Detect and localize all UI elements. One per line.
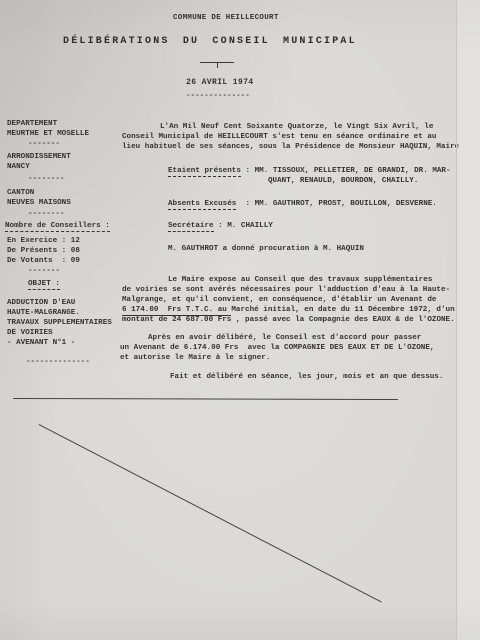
secretaire-line: Secrétaire : M. CHAILLY bbox=[168, 222, 273, 231]
arrondissement-label: ARRONDISSEMENT bbox=[7, 153, 71, 162]
conseillers-heading: Nombre de Conseillers : bbox=[5, 222, 110, 231]
page-edge-highlight bbox=[457, 0, 480, 640]
arrondissement-value: NANCY bbox=[7, 163, 30, 172]
departement-label: DEPARTEMENT bbox=[7, 120, 57, 129]
presents-names: : MM. TISSOUX, PELLETIER, DE GRANDI, DR.… bbox=[241, 167, 451, 175]
deliberation-line: 6 174.00 Frs T.T.C. au Marché initial, e… bbox=[122, 306, 455, 315]
absents-line: Absents Excusés : MM. GAUTHROT, PROST, B… bbox=[168, 200, 437, 209]
departement-value: MEURTHE ET MOSELLE bbox=[7, 130, 89, 139]
secretaire-name: : M. CHAILLY bbox=[214, 222, 273, 230]
deliberation-line: Le Maire expose au Conseil que des trava… bbox=[168, 276, 432, 285]
absents-names: : MM. GAUTHROT, PROST, BOUILLON, DESVERN… bbox=[236, 200, 437, 208]
deliberation-line: Malgrange, et qu'il convient, en conséqu… bbox=[122, 296, 436, 305]
document-photo: COMMUNE DE HEILLECOURT DÉLIBÉRATIONS DU … bbox=[0, 0, 480, 640]
decision-line: un Avenant de 6.174.00 Frs avec la COMPA… bbox=[120, 344, 434, 353]
presents-label: Etaient présents bbox=[168, 167, 241, 177]
secretaire-label: Secrétaire bbox=[168, 222, 214, 232]
session-date: 26 AVRIL 1974 bbox=[186, 78, 254, 87]
canton-label: CANTON bbox=[7, 189, 34, 198]
presents-names-wrap: QUANT, RENAULD, BOURDON, CHAILLY. bbox=[268, 177, 418, 186]
deliberation-line: montant de 24 687.00 Frs , passé avec la… bbox=[122, 316, 455, 325]
count-de-presents: De Présents : 08 bbox=[7, 247, 80, 256]
pen-stroke-horizontal bbox=[13, 398, 398, 400]
sidebar-rule: ------- bbox=[28, 267, 60, 276]
montant-marked: montant de 24 687.00 Frs bbox=[122, 315, 231, 325]
objet-label-text: OBJET : bbox=[28, 280, 60, 290]
document-title: DÉLIBÉRATIONS DU CONSEIL MUNICIPAL bbox=[63, 37, 357, 46]
title-underline-tick bbox=[217, 63, 218, 68]
commune-heading: COMMUNE DE HEILLECOURT bbox=[173, 14, 279, 23]
closing-line: Fait et délibéré en séance, les jour, mo… bbox=[170, 373, 443, 382]
objet-line: DE VOIRIES bbox=[7, 329, 53, 338]
procuration-line: M. GAUTHROT a donné procuration à M. HAQ… bbox=[168, 245, 364, 254]
montant-rest: , passé avec la Compagnie des EAUX & de … bbox=[231, 316, 454, 324]
objet-line: ADDUCTION D'EAU bbox=[7, 299, 75, 308]
sidebar-rule: -------------- bbox=[26, 358, 90, 367]
opening-line: Conseil Municipal de HEILLECOURT s'est t… bbox=[122, 133, 436, 142]
decision-line: et autorise le Maire à le signer. bbox=[120, 354, 270, 363]
pen-stroke-diagonal bbox=[38, 424, 381, 603]
objet-line: - AVENANT N°1 - bbox=[7, 339, 75, 348]
canton-value: NEUVES MAISONS bbox=[7, 199, 71, 208]
absents-label: Absents Excusés bbox=[168, 200, 236, 210]
objet-line: TRAVAUX SUPPLEMENTAIRES bbox=[7, 319, 112, 328]
objet-label: OBJET : bbox=[28, 280, 60, 289]
conseillers-heading-text: Nombre de Conseillers : bbox=[5, 222, 110, 232]
sidebar-rule: -------- bbox=[28, 210, 64, 219]
decision-line: Après en avoir délibéré, le Conseil est … bbox=[148, 334, 421, 343]
presents-line: Etaient présents : MM. TISSOUX, PELLETIE… bbox=[168, 167, 451, 176]
count-de-votants: De Votants : 09 bbox=[7, 257, 80, 266]
deliberation-line: de voiries se sont avérés nécessaires po… bbox=[122, 286, 450, 295]
sidebar-rule: ------- bbox=[28, 140, 60, 149]
date-rule: -------------- bbox=[186, 92, 250, 101]
objet-line: HAUTE-MALGRANGE. bbox=[7, 309, 80, 318]
sidebar-rule: -------- bbox=[28, 175, 64, 184]
opening-line: L'An Mil Neuf Cent Soixante Quatorze, le… bbox=[160, 123, 433, 132]
opening-line: lieu habituel de ses séances, sous la Pr… bbox=[122, 143, 459, 152]
count-en-exercice: En Exercice : 12 bbox=[7, 237, 80, 246]
